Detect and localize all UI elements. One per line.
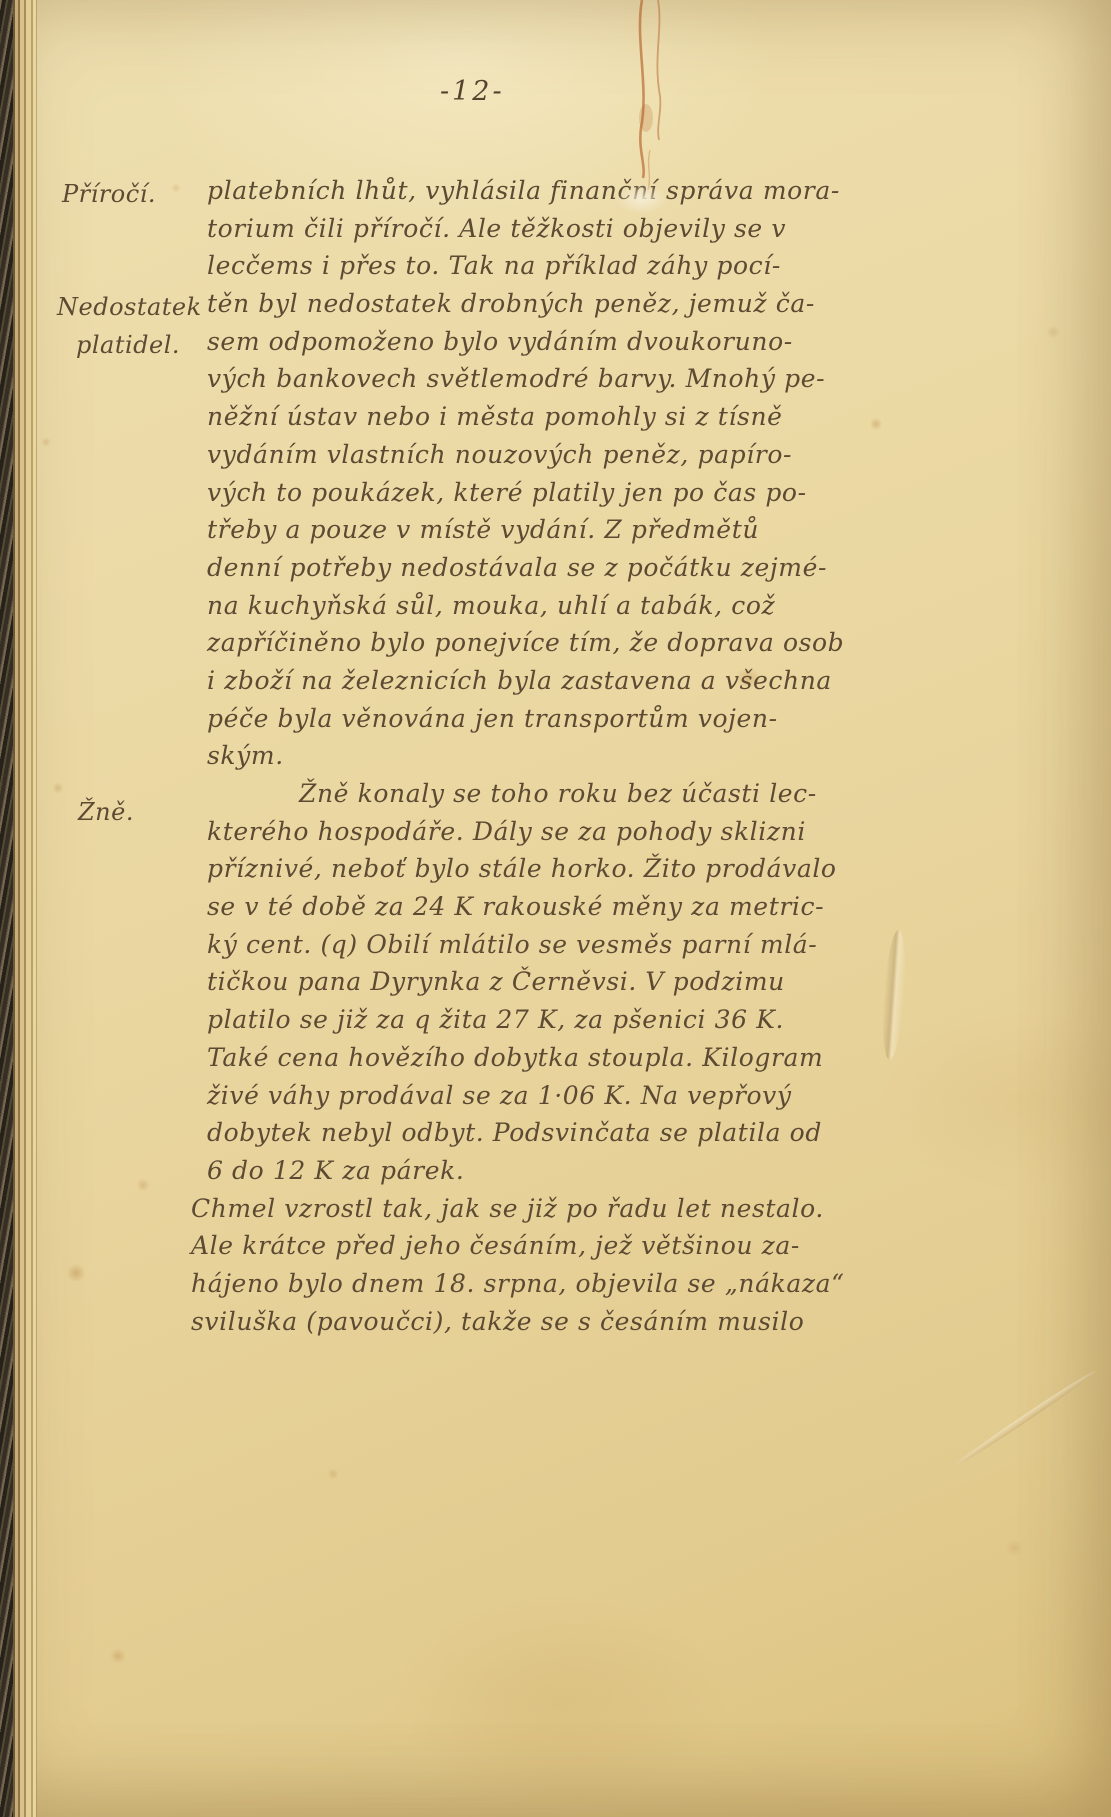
manuscript-line: dobytek nebyl odbyt. Podsvinčata se plat… [207,1114,927,1152]
manuscript-line: třeby a pouze v místě vydání. Z předmětů [207,511,927,549]
manuscript-line: Chmel vzrostl tak, jak se již po řadu le… [191,1190,927,1228]
manuscript-page: -12- Příročí. Nedostatek platidel. Žně. … [0,0,1111,1817]
paper-crease-diagonal [953,1368,1098,1469]
manuscript-line: vydáním vlastních nouzových peněz, papír… [207,436,927,474]
manuscript-line: se v té době za 24 K rakouské měny za me… [207,888,927,926]
manuscript-line: hájeno bylo dnem 18. srpna, objevila se … [191,1265,927,1303]
margin-note-nedostatek: Nedostatek [57,293,202,321]
manuscript-line: péče byla věnována jen transportům vojen… [207,700,927,738]
manuscript-line: na kuchyňská sůl, mouka, uhlí a tabák, c… [207,587,927,625]
margin-note-platidel: platidel. [76,331,180,359]
manuscript-line: lecčems i přes to. Tak na příklad záhy p… [207,247,927,285]
manuscript-line: vých to poukázek, které platily jen po č… [207,474,927,512]
manuscript-line: platilo se již za q žita 27 K, za pšenic… [207,1001,927,1039]
manuscript-line: Ale krátce před jeho česáním, jež většin… [191,1227,927,1265]
manuscript-line: platebních lhůt, vyhlásila finanční sprá… [207,172,927,210]
manuscript-line: kterého hospodáře. Dály se za pohody skl… [207,813,927,851]
manuscript-line: zapříčiněno bylo ponejvíce tím, že dopra… [207,624,927,662]
book-binding-edge [0,0,13,1817]
manuscript-line: denní potřeby nedostávala se z počátku z… [207,549,927,587]
manuscript-line: něžní ústav nebo i města pomohly si z tí… [207,398,927,436]
manuscript-line: i zboží na železnicích byla zastavena a … [207,662,927,700]
manuscript-line: sviluška (pavoučci), takže se s česáním … [191,1303,927,1341]
stacked-page-edges [13,0,39,1817]
manuscript-line: příznivé, neboť bylo stále horko. Žito p… [207,850,927,888]
page-number: -12- [440,76,505,107]
manuscript-line: Žně konaly se toho roku bez účasti lec- [207,775,927,813]
manuscript-line: tičkou pana Dyrynka z Černěvsi. V podzim… [207,963,927,1001]
manuscript-line: živé váhy prodával se za 1·06 K. Na vepř… [207,1077,927,1115]
manuscript-line: sem odpomoženo bylo vydáním dvoukoruno- [207,323,927,361]
manuscript-line: těn byl nedostatek drobných peněz, jemuž… [207,285,927,323]
manuscript-line: 6 do 12 K za párek. [207,1152,927,1190]
margin-note-prirocí: Příročí. [62,180,156,208]
paper-smudge [616,184,668,214]
manuscript-line: vých bankovech světlemodré barvy. Mnohý … [207,360,927,398]
manuscript-line: torium čili příročí. Ale těžkosti objevi… [207,210,927,248]
manuscript-line: Také cena hovězího dobytka stoupla. Kilo… [207,1039,927,1077]
manuscript-line: ký cent. (q) Obilí mlátilo se vesměs par… [207,926,927,964]
manuscript-line: ským. [207,737,927,775]
margin-note-zne: Žně. [78,798,134,826]
manuscript-body: platebních lhůt, vyhlásila finanční sprá… [207,172,927,1340]
